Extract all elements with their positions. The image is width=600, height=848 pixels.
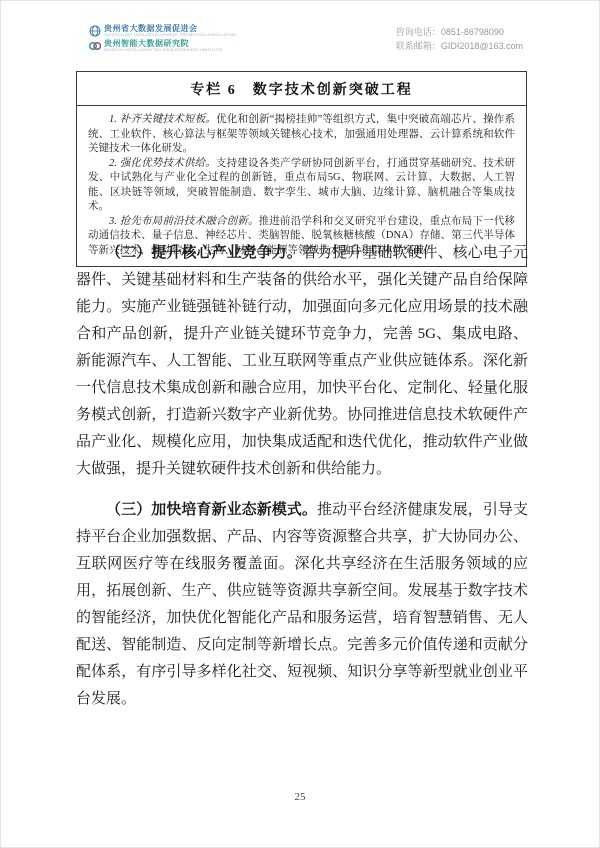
interlocked-rings-logo-icon [89,40,101,52]
box-item-1: 1. 补齐关键技术短板。优化和创新“揭榜挂帅”等组织方式，集中突破高端芯片、操作… [88,113,515,157]
paragraph-2-text: 着力提升基础软硬件、核心电子元器件、关键基础材料和生产装备的供给水平，强化关键产… [76,245,528,477]
contact-phone-value: 0851-86798090 [441,27,504,37]
box-item-2: 2. 强化优势技术供给。支持建设各类产学研协同创新平台，打通贯穿基础研究、技术研… [88,157,515,215]
association-logo-subtext: GUIZHOU BIG DATA DEVELOPMENT PROMOTION A… [104,33,236,37]
logo-group: 贵州省大数据发展促进会 GUIZHOU BIG DATA DEVELOPMENT… [89,25,236,52]
contact-phone-label: 咨询电话： [396,27,441,37]
box-item-3-lead: 3. 抢先布局前沿技术融合创新。 [109,216,259,227]
paragraph-2: （二）提升核心产业竞争力。着力提升基础软硬件、核心电子元器件、关键基础材料和生产… [76,239,528,483]
paragraph-3-lead: （三）加快培育新业态新模式。 [106,500,317,518]
column-6-box: 专栏 6 数字技术创新突破工程 1. 补齐关键技术短板。优化和创新“揭榜挂帅”等… [76,71,527,267]
paragraph-2-lead: （二）提升核心产业竞争力。 [106,243,302,261]
main-content: （二）提升核心产业竞争力。着力提升基础软硬件、核心电子元器件、关键基础材料和生产… [76,239,528,726]
paragraph-3-text: 推动平台经济健康发展，引导支持平台企业加强数据、产品、内容等资源整合共享，扩大协… [76,502,528,707]
contact-phone-line: 咨询电话：0851-86798090 [396,25,523,39]
association-logo: 贵州省大数据发展促进会 GUIZHOU BIG DATA DEVELOPMENT… [89,25,236,37]
institute-logo: 贵州智能大数据研究院 GUIZHOU INTELLIGENT BIG DATA … [89,40,236,52]
contact-info: 咨询电话：0851-86798090 联系邮箱：GIDI2018@163.com [396,25,523,53]
contact-email-value: GIDI2018@163.com [441,41,523,51]
paragraph-3: （三）加快培育新业态新模式。推动平台经济健康发展，引导支持平台企业加强数据、产品… [76,496,528,713]
document-page: { "header": { "logo1": { "name": "贵州省大数据… [0,0,600,848]
contact-email-label: 联系邮箱： [396,41,441,51]
globe-logo-icon [89,25,101,37]
contact-email-line: 联系邮箱：GIDI2018@163.com [396,39,523,53]
page-header: 贵州省大数据发展促进会 GUIZHOU BIG DATA DEVELOPMENT… [89,25,523,53]
page-number: 25 [295,791,306,803]
box-item-1-lead: 1. 补齐关键技术短板。 [109,114,216,125]
institute-logo-subtext: GUIZHOU INTELLIGENT BIG DATA RESEARCH IN… [104,48,223,52]
box-item-2-lead: 2. 强化优势技术供给。 [109,158,216,169]
page-footer: 25 [1,791,599,803]
column-box-title: 专栏 6 数字技术创新突破工程 [77,72,526,106]
